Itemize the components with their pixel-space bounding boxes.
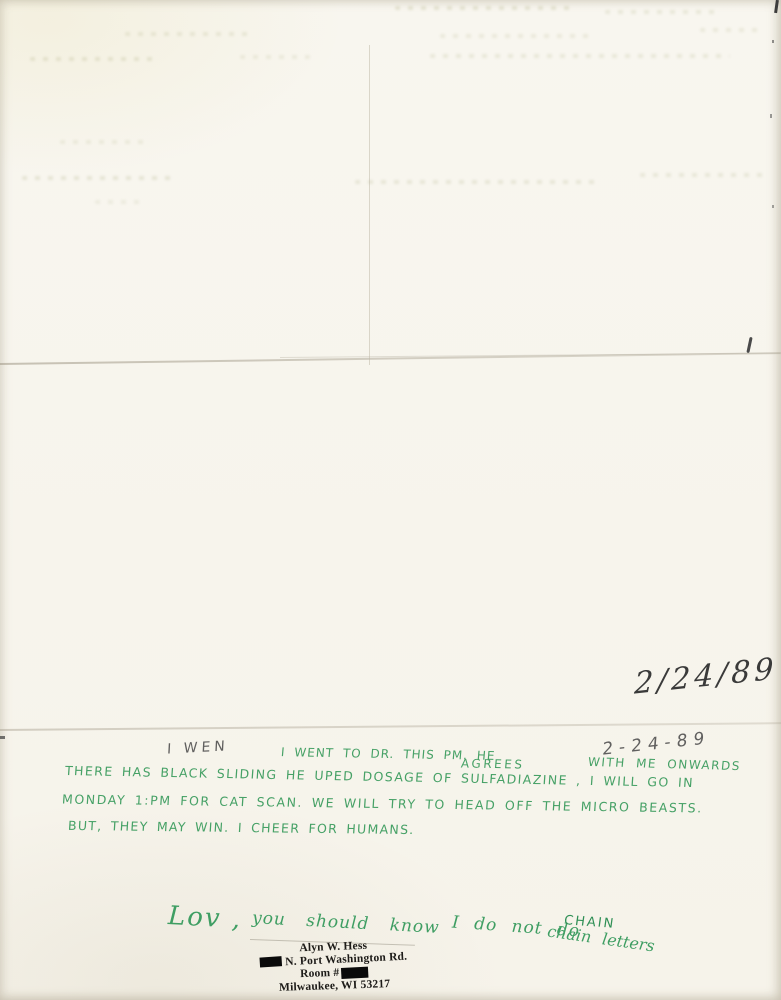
- bleedthrough-smudge: [95, 200, 140, 204]
- fold-crease-lower: [0, 722, 781, 730]
- bleedthrough-smudge: [440, 34, 590, 38]
- edge-dot: [770, 114, 772, 118]
- address-room: Room #: [300, 967, 340, 980]
- bleedthrough-smudge: [240, 55, 310, 59]
- bleedthrough-smudge: [355, 180, 595, 184]
- vertical-crease: [369, 45, 370, 365]
- letter-line-1c: WITH ME ONWARDS: [587, 755, 741, 773]
- bleedthrough-smudge: [22, 176, 172, 180]
- signoff-salutation: Lov ,: [167, 901, 243, 935]
- signoff-script-1: you should know: [252, 908, 441, 938]
- bleedthrough-smudge: [125, 32, 255, 36]
- bleedthrough-smudge: [700, 28, 760, 32]
- edge-tick-left: [0, 736, 5, 739]
- edge-dot: [772, 205, 774, 208]
- address-city: Milwaukee, WI 53217: [279, 978, 391, 994]
- redaction-box-street-number: [260, 956, 283, 967]
- edge-tick-top-right: [774, 0, 779, 13]
- bleedthrough-smudge: [60, 140, 150, 144]
- letter-line-3: MONDAY 1:PM FOR CAT SCAN. WE WILL TRY TO…: [62, 792, 704, 816]
- address-label: Alyn W. Hess N. Port Washington Rd. Room…: [255, 938, 413, 995]
- redaction-box-room-number: [341, 967, 369, 979]
- pencil-insert-word: I WEN: [167, 738, 230, 757]
- bleedthrough-smudge: [395, 6, 575, 10]
- bleedthrough-smudge: [640, 173, 770, 177]
- handwritten-date: 2/24/89: [634, 651, 778, 701]
- stray-pen-mark: [746, 337, 752, 353]
- letter-line-4: BUT, THEY MAY WIN. I CHEER FOR HUMANS.: [68, 818, 416, 837]
- letter-line-1b: AGREES: [460, 756, 525, 771]
- scanned-letter-page: 2/24/89 I WEN 2-24-89 I WENT TO DR. THIS…: [0, 0, 781, 1000]
- bleedthrough-smudge: [605, 10, 720, 14]
- edge-dot: [772, 40, 774, 43]
- bleedthrough-smudge: [30, 57, 155, 61]
- bleedthrough-smudge: [430, 54, 730, 58]
